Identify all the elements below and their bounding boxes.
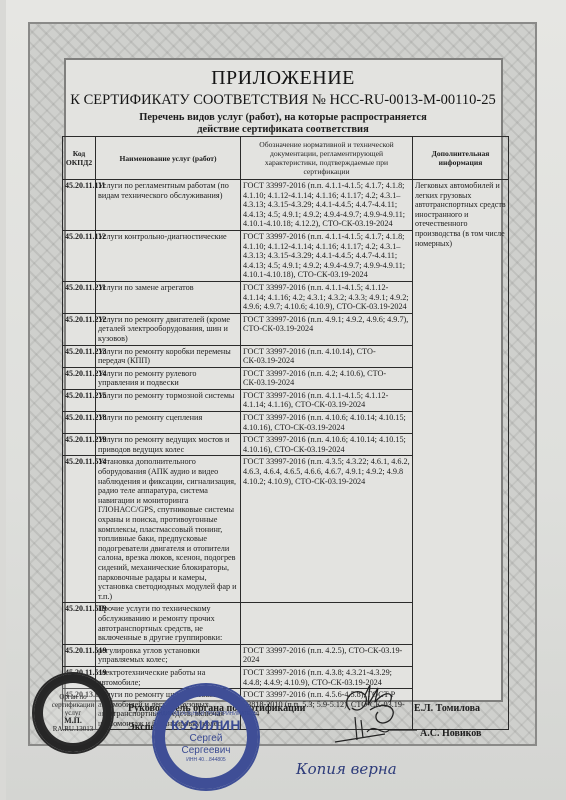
- caption-line-1: Перечень видов услуг (работ), на которые…: [60, 112, 506, 124]
- service-name: Услуги по ремонту коробки перемены перед…: [96, 345, 241, 367]
- certification-body-stamp: Орган по сертификации услуг М.П. RA.RU.1…: [32, 672, 114, 754]
- okpd2-code: 45.20.11.519: [63, 603, 96, 644]
- normative-document: ГОСТ 33997-2016 (п.п. 4.3.5; 4.3.22; 4.6…: [241, 456, 413, 603]
- service-name: Услуги по замене агрегатов: [96, 281, 241, 313]
- copy-certified-note: Копия верна: [296, 760, 397, 778]
- service-name: Услуги по ремонту двигателей (кроме дета…: [96, 313, 241, 345]
- normative-document: ГОСТ 33997-2016 (п.п. 4.2.5), СТО-СК-03.…: [241, 644, 413, 666]
- normative-document: ГОСТ 33997-2016 (п.п. 4.10.6; 4.10.14; 4…: [241, 412, 413, 434]
- stamp-registration: RA.RU.13013: [53, 725, 93, 733]
- services-table: Код ОКПД2 Наименование услуг (работ) Обо…: [62, 136, 509, 730]
- okpd2-code: 45.20.11.214: [63, 367, 96, 389]
- service-name: Услуги по ремонту тормозной системы: [96, 389, 241, 411]
- okpd2-code: 45.20.11.211: [63, 281, 96, 313]
- service-name: регулировка углов установки управляемых …: [96, 644, 241, 666]
- stamp-text: Орган по: [59, 693, 86, 701]
- okpd2-code: 45.20.11.519: [63, 644, 96, 666]
- service-name: Услуги по ремонту ведущих мостов и приво…: [96, 434, 241, 456]
- okpd2-code: 45.20.11.213: [63, 345, 96, 367]
- normative-document: [241, 603, 413, 644]
- stamp-patronymic: Сергеевич: [181, 745, 230, 757]
- service-name: Услуги контрольно-диагностические: [96, 230, 241, 281]
- okpd2-code: 45.20.11.514: [63, 456, 96, 603]
- service-name: Прочие услуги по техническому обслуживан…: [96, 603, 241, 644]
- service-name: Услуги по ремонту рулевого управления и …: [96, 367, 241, 389]
- header-service-name: Наименование услуг (работ): [96, 137, 241, 180]
- service-name: Установка дополнительного оборудования (…: [96, 456, 241, 603]
- header-code: Код ОКПД2: [63, 137, 96, 180]
- okpd2-code: 45.20.11.212: [63, 313, 96, 345]
- okpd2-code: 45.20.11.219: [63, 434, 96, 456]
- service-name: Услуги по регламентным работам (по видам…: [96, 180, 241, 231]
- normative-document: ГОСТ 33997-2016 (п.п. 4.10.6; 4.10.14; 4…: [241, 434, 413, 456]
- header-additional-info: Дополнительная информация: [413, 137, 509, 180]
- stamp-name: Сергей: [190, 733, 223, 745]
- normative-document: ГОСТ 33997-2016 (п.п. 4.1.1-4.1.5; 4.1.7…: [241, 180, 413, 231]
- expert-signature-scribble: [325, 712, 425, 752]
- certificate-number: К СЕРТИФИКАТУ СООТВЕТСТВИЯ № НСС-RU-0013…: [0, 92, 566, 109]
- normative-document: ГОСТ 33997-2016 (п.п. 4.9.1; 4.9.2, 4.9.…: [241, 313, 413, 345]
- table-row: 45.20.11.111Услуги по регламентным работ…: [63, 180, 509, 231]
- normative-document: ГОСТ 33997-2016 (п.п. 4.10.14), СТО-СК-0…: [241, 345, 413, 367]
- entrepreneur-stamp: ИНДИВИДУАЛЬНЫЙ ПРЕДПРИНИМАТЕЛЬ КУЗИЛИН С…: [152, 683, 260, 791]
- table-caption: Перечень видов услуг (работ), на которые…: [60, 112, 506, 136]
- expert-signature-name: А.С. Новиков: [420, 728, 481, 739]
- stamp-text: сертификации: [52, 701, 94, 709]
- okpd2-code: 45.20.11.111: [63, 180, 96, 231]
- table-header-row: Код ОКПД2 Наименование услуг (работ) Обо…: [63, 137, 509, 180]
- okpd2-code: 45.20.11.112: [63, 230, 96, 281]
- stamp-surname: КУЗИЛИН: [171, 717, 241, 733]
- okpd2-code: 45.20.11.215: [63, 389, 96, 411]
- normative-document: ГОСТ 33997-2016 (п.п. 4.2; 4.10.6), СТО-…: [241, 367, 413, 389]
- normative-document: ГОСТ 33997-2016 (п.п. 4.1.1-4.1.5; 4.1.1…: [241, 281, 413, 313]
- caption-line-2: действие сертификата соответствия: [60, 124, 506, 136]
- header-documentation: Обозначение нормативной и технической до…: [241, 137, 413, 180]
- service-name: Услуги по ремонту сцепления: [96, 412, 241, 434]
- document-title: ПРИЛОЖЕНИЕ: [0, 67, 566, 90]
- stamp-inn: ИНН 40…844805: [186, 757, 225, 763]
- okpd2-code: 45.20.11.218: [63, 412, 96, 434]
- stamp-mp: М.П.: [64, 717, 82, 725]
- normative-document: ГОСТ 33997-2016 (п.п. 4.1.1-4.1.5; 4.1.7…: [241, 230, 413, 281]
- normative-document: ГОСТ 33997-2016 (п.п. 4.1.1-4.1.5; 4.1.1…: [241, 389, 413, 411]
- additional-info: Легковых автомобилей и легких грузовых а…: [413, 180, 509, 730]
